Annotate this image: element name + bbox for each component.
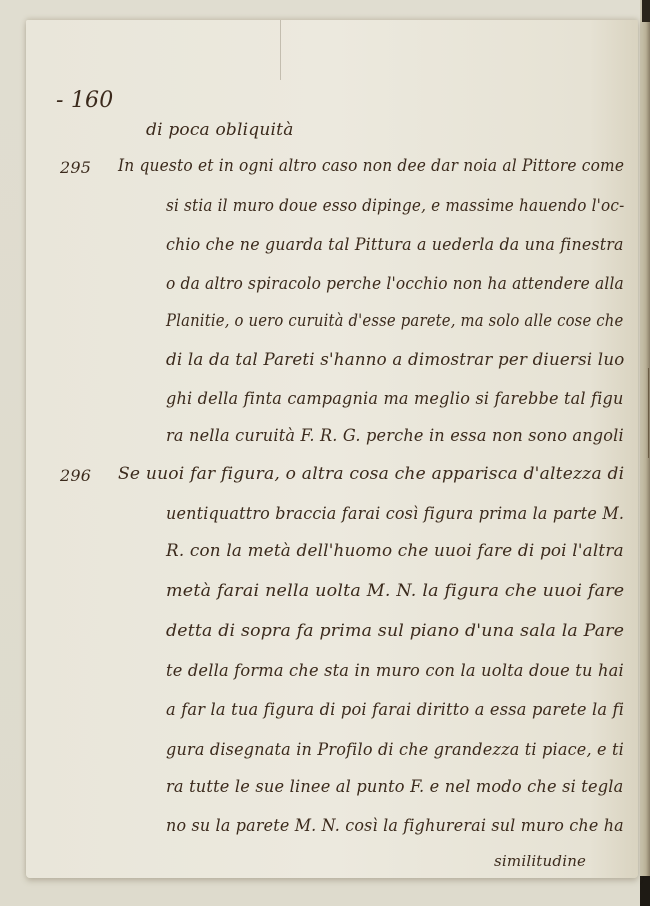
text-line: Se uuoi far figura, o altra cosa che app… [118,464,624,484]
text-line: Planitie, o uero curuità d'esse parete, … [166,311,623,331]
text-line: si stia il muro doue esso dipinge, e mas… [166,196,624,216]
text-line: R. con la metà dell'huomo che uuoi fare … [166,541,624,561]
spine-shadow-top [642,0,650,22]
catchword: similitudine [494,852,586,870]
spine-shadow-bottom [640,876,650,906]
manuscript-page: - 160 di poca obliquità 295 In questo et… [26,20,638,878]
continuation-line: di poca obliquità [146,120,294,140]
text-line: chio che ne guarda tal Pittura a uederla… [166,235,624,255]
text-line: di la da tal Pareti s'hanno a dimostrar … [166,350,624,370]
folio-value: 160 [71,88,114,113]
text-line: te della forma che sta in muro con la uo… [166,661,624,681]
folio-prefix: - [56,88,64,113]
section-number-296: 296 [60,466,91,485]
text-line: In questo et in ogni altro caso non dee … [118,156,624,176]
text-line: gura disegnata in Profilo di che grandez… [166,740,624,760]
text-line: uentiquattro braccia farai così figura p… [166,504,624,524]
section-number-295: 295 [60,158,91,177]
text-line: ghi della finta campagnia ma meglio si f… [166,389,624,409]
page-crease [280,20,281,80]
text-line: o da altro spiracolo perche l'occhio non… [166,274,624,294]
folio-number: - 160 [56,88,113,113]
text-line: detta di sopra fa prima sul piano d'una … [166,621,624,641]
text-line: a far la tua figura di poi farai diritto… [166,700,624,720]
text-line: ra nella curuità F. R. G. perche in essa… [166,426,624,446]
text-line: ra tutte le sue linee al punto F. e nel … [166,777,624,797]
text-line: metà farai nella uolta M. N. la figura c… [166,581,624,601]
text-line: no su la parete M. N. così la fighurerai… [166,816,624,836]
